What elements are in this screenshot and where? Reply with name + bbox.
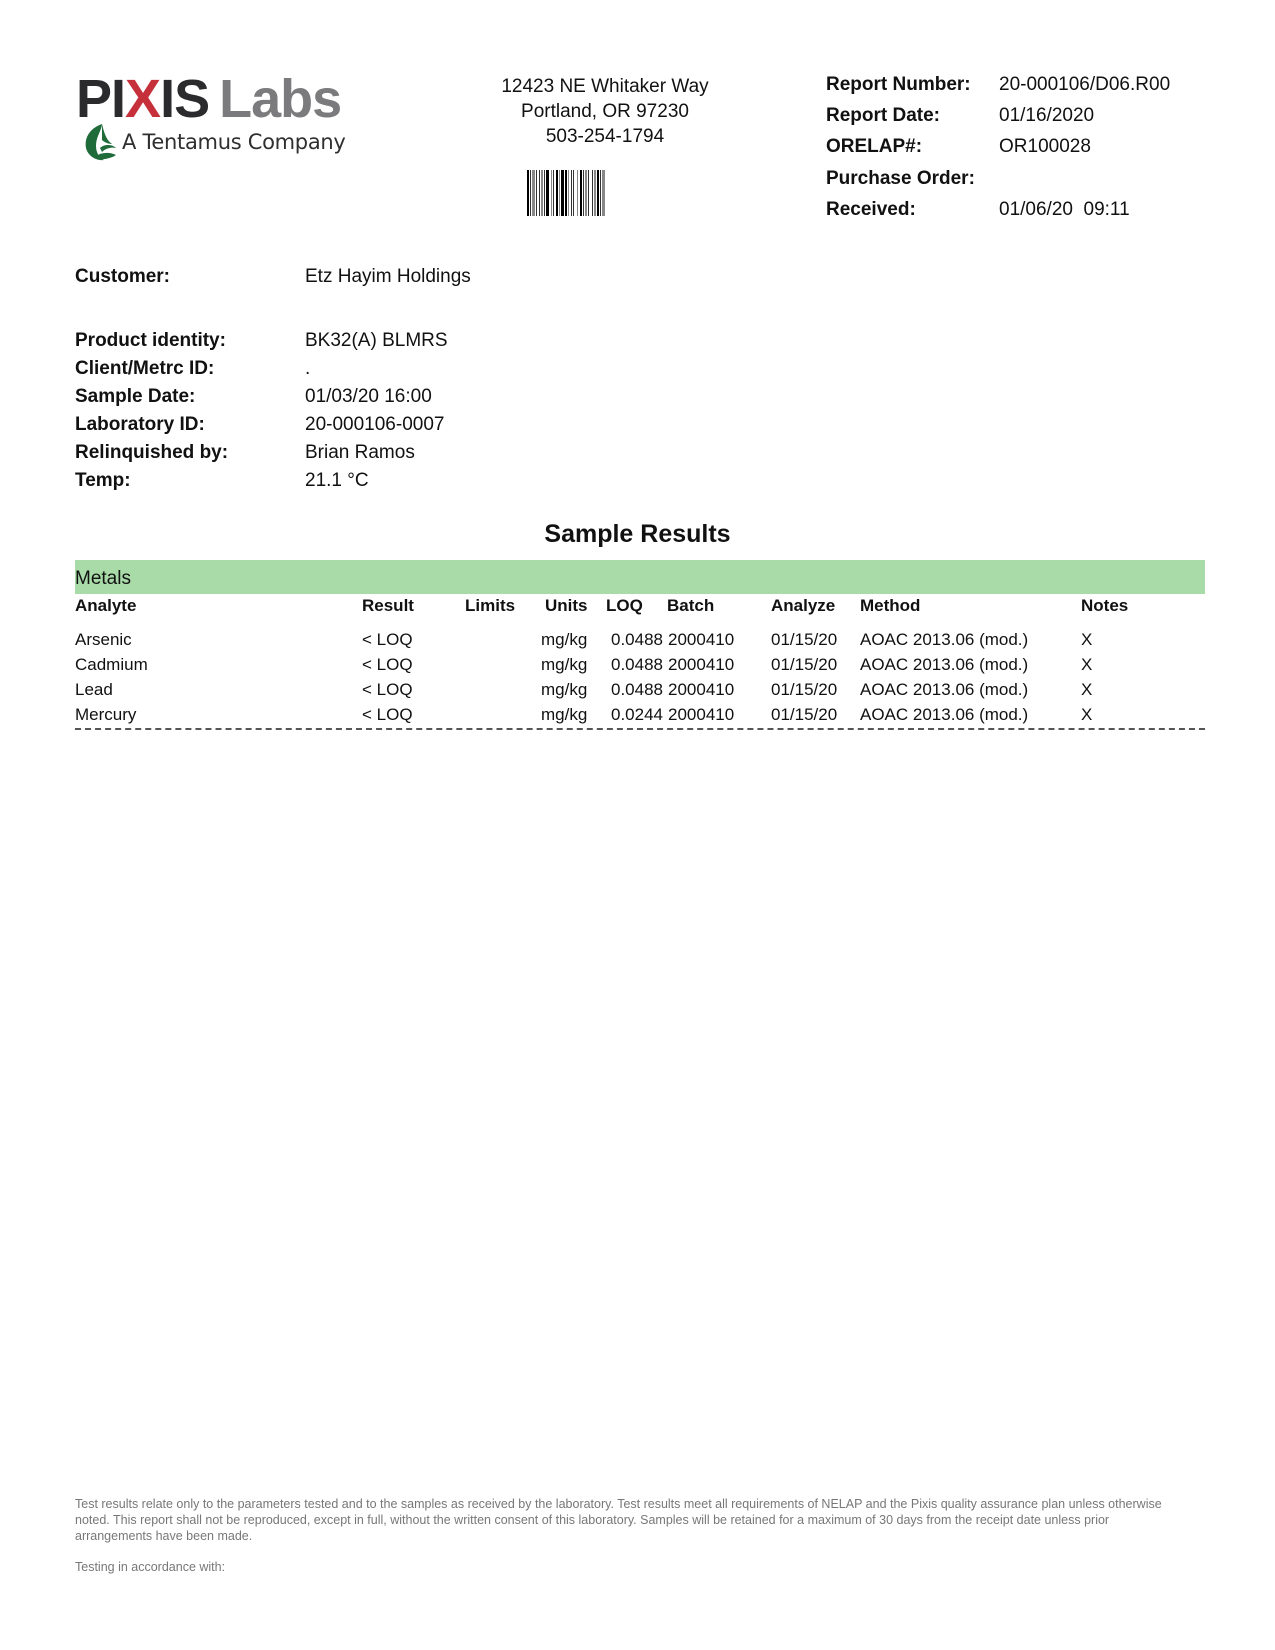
cell-method: AOAC 2013.06 (mod.) — [860, 705, 1028, 725]
disclaimer-text: Test results relate only to the paramete… — [75, 1496, 1185, 1544]
sample-date-label: Sample Date: — [75, 386, 195, 408]
cell-result: < LOQ — [362, 630, 413, 650]
cell-analyze: 01/15/20 — [771, 655, 837, 675]
cell-analyze: 01/15/20 — [771, 705, 837, 725]
accordance-text: Testing in accordance with: — [75, 1560, 225, 1574]
cell-loq: 0.0488 — [611, 680, 663, 700]
leaf-globe-icon — [82, 122, 118, 162]
received-value: 01/06/20 09:11 — [999, 199, 1130, 221]
customer-label: Customer: — [75, 266, 170, 288]
logo-text-is: IS — [160, 69, 209, 129]
purchase-order-label: Purchase Order: — [826, 168, 975, 190]
cell-method: AOAC 2013.06 (mod.) — [860, 630, 1028, 650]
metals-section-band: Metals — [75, 560, 1205, 594]
cell-analyze: 01/15/20 — [771, 680, 837, 700]
product-identity-label: Product identity: — [75, 330, 226, 352]
cell-result: < LOQ — [362, 680, 413, 700]
received-label: Received: — [826, 199, 916, 221]
table-divider — [75, 728, 1205, 730]
laboratory-id-label: Laboratory ID: — [75, 414, 205, 436]
header-batch: Batch — [667, 596, 714, 616]
logo-text-x: X — [125, 69, 160, 129]
cell-loq: 0.0488 — [611, 655, 663, 675]
logo-tagline-row: A Tentamus Company — [82, 122, 346, 162]
cell-analyte: Cadmium — [75, 655, 148, 675]
logo-wordmark: PIXISLabs — [76, 72, 341, 126]
cell-analyze: 01/15/20 — [771, 630, 837, 650]
cell-notes: X — [1081, 630, 1092, 650]
cell-analyte: Mercury — [75, 705, 136, 725]
temp-label: Temp: — [75, 470, 131, 492]
barcode-bar — [605, 170, 607, 216]
cell-notes: X — [1081, 680, 1092, 700]
address-city: Portland, OR 97230 — [470, 99, 740, 124]
cell-units: mg/kg — [541, 705, 587, 725]
report-number-value: 20-000106/D06.R00 — [999, 74, 1170, 96]
header-analyte: Analyte — [75, 596, 136, 616]
cell-analyte: Lead — [75, 680, 113, 700]
cell-batch: 2000410 — [668, 705, 734, 725]
logo-text-pi: PI — [76, 69, 125, 129]
header-limits: Limits — [465, 596, 515, 616]
sample-date-value: 01/03/20 16:00 — [305, 386, 432, 408]
cell-batch: 2000410 — [668, 630, 734, 650]
cell-units: mg/kg — [541, 630, 587, 650]
report-date-label: Report Date: — [826, 105, 940, 127]
report-date-value: 01/16/2020 — [999, 105, 1094, 127]
cell-result: < LOQ — [362, 705, 413, 725]
cell-notes: X — [1081, 705, 1092, 725]
header-notes: Notes — [1081, 596, 1128, 616]
cell-loq: 0.0488 — [611, 630, 663, 650]
laboratory-id-value: 20-000106-0007 — [305, 414, 444, 436]
metals-section-label: Metals — [75, 568, 131, 590]
header-units: Units — [545, 596, 588, 616]
cell-analyte: Arsenic — [75, 630, 132, 650]
logo-tagline: A Tentamus Company — [122, 130, 346, 154]
cell-loq: 0.0244 — [611, 705, 663, 725]
product-identity-value: BK32(A) BLMRS — [305, 330, 448, 352]
logo-text-labs: Labs — [219, 69, 341, 129]
header-loq: LOQ — [606, 596, 643, 616]
header-method: Method — [860, 596, 920, 616]
cell-units: mg/kg — [541, 655, 587, 675]
cell-batch: 2000410 — [668, 655, 734, 675]
relinquished-by-label: Relinquished by: — [75, 442, 228, 464]
address-phone: 503-254-1794 — [470, 124, 740, 149]
barcode-icon — [527, 170, 669, 216]
company-logo: PIXISLabs A Tentamus Company — [76, 72, 366, 162]
cell-method: AOAC 2013.06 (mod.) — [860, 680, 1028, 700]
report-number-label: Report Number: — [826, 74, 971, 96]
header-result: Result — [362, 596, 414, 616]
sample-results-title: Sample Results — [0, 520, 1275, 549]
address-street: 12423 NE Whitaker Way — [470, 74, 740, 99]
client-metrc-id-value: . — [305, 358, 310, 380]
temp-value: 21.1 °C — [305, 470, 369, 492]
orelap-value: OR100028 — [999, 136, 1091, 158]
lab-address: 12423 NE Whitaker Way Portland, OR 97230… — [470, 74, 740, 149]
client-metrc-id-label: Client/Metrc ID: — [75, 358, 214, 380]
header-analyze: Analyze — [771, 596, 835, 616]
cell-batch: 2000410 — [668, 680, 734, 700]
customer-value: Etz Hayim Holdings — [305, 266, 471, 288]
cell-notes: X — [1081, 655, 1092, 675]
cell-units: mg/kg — [541, 680, 587, 700]
cell-method: AOAC 2013.06 (mod.) — [860, 655, 1028, 675]
cell-result: < LOQ — [362, 655, 413, 675]
relinquished-by-value: Brian Ramos — [305, 442, 415, 464]
orelap-label: ORELAP#: — [826, 136, 922, 158]
